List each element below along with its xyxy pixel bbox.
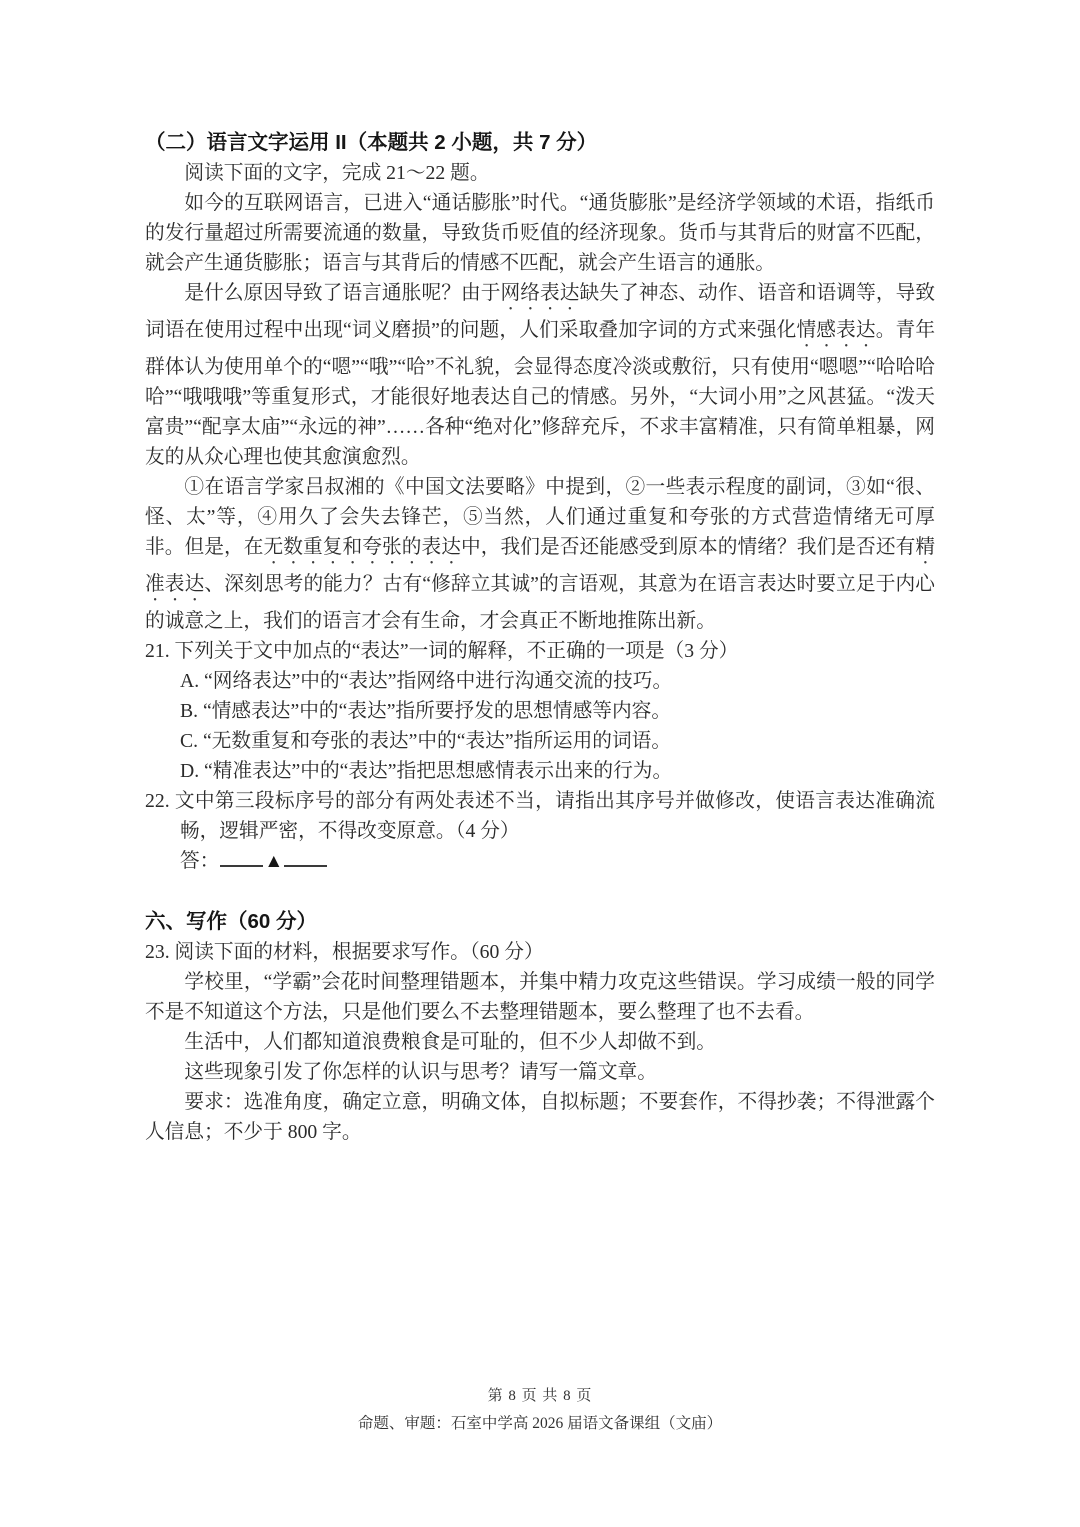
page-footer: 第 8 页 共 8 页 命题、审题：石室中学高 2026 届语文备课组（文庙）	[0, 1382, 1080, 1438]
question-21-stem: 21. 下列关于文中加点的“表达”一词的解释，不正确的一项是（3 分）	[145, 636, 935, 666]
passage-paragraph-1: 如今的互联网语言，已进入“通话膨胀”时代。“通货膨胀”是经济学领域的术语，指纸币…	[145, 188, 935, 278]
essay-material-2: 生活中，人们都知道浪费粮食是可耻的，但不少人却做不到。	[145, 1027, 935, 1057]
text-segment: 中，我们是否还能感受到原本的情绪？我们是否还有	[461, 536, 915, 558]
question-21-option-a: A. “网络表达”中的“表达”指网络中进行沟通交流的技巧。	[145, 666, 935, 696]
answer-label: 答：	[180, 850, 219, 872]
text-segment: 、深刻思考的能力？古有“修辞立其诚”的言语观，其意为在语言表达时要立足于内心的诚…	[145, 573, 935, 632]
essay-material-3: 这些现象引发了你怎样的认识与思考？请写一篇文章。	[145, 1057, 935, 1087]
exam-content: （二）语言文字运用 II（本题共 2 小题，共 7 分） 阅读下面的文字，完成 …	[145, 128, 935, 1147]
passage-paragraph-2: 是什么原因导致了语言通胀呢？由于网络表达缺失了神态、动作、语音和语调等，导致词语…	[145, 278, 935, 472]
question-21-option-b: B. “情感表达”中的“表达”指所要抒发的思想情感等内容。	[145, 696, 935, 726]
page-number: 第 8 页 共 8 页	[0, 1382, 1080, 1410]
answer-triangle-mark: ▲	[264, 851, 283, 872]
emphasized-phrase: 网络表达	[500, 282, 579, 304]
question-22-stem: 22. 文中第三段标序号的部分有两处表述不当，请指出其序号并做修改，使语言表达准…	[145, 786, 935, 846]
question-23-stem: 23. 阅读下面的材料，根据要求写作。（60 分）	[145, 937, 935, 967]
text-segment: 如今的互联网语言，已进入“通话膨胀”时代。“通货膨胀”是经济学领域的术语，指纸币…	[145, 192, 935, 274]
reading-instruction: 阅读下面的文字，完成 21～22 题。	[145, 158, 935, 188]
answer-blank-right	[284, 865, 327, 867]
emphasized-phrase: 情感表达	[796, 319, 875, 341]
text-segment: 。青年群体认为使用单个的“嗯”“哦”“哈”不礼貌，会显得态度冷淡或敷衍，只有使用…	[145, 319, 935, 468]
question-22-answer-line: 答：▲	[145, 846, 935, 877]
section2-heading: （二）语言文字运用 II（本题共 2 小题，共 7 分）	[145, 128, 935, 158]
footer-credit: 命题、审题：石室中学高 2026 届语文备课组（文庙）	[0, 1410, 1080, 1438]
passage-paragraph-3: ①在语言学家吕叔湘的《中国文法要略》中提到，②一些表示程度的副词，③如“很、怪、…	[145, 472, 935, 636]
essay-material-1: 学校里，“学霸”会花时间整理错题本，并集中精力攻克这些错误。学习成绩一般的同学不…	[145, 967, 935, 1027]
question-21-option-c: C. “无数重复和夸张的表达”中的“表达”指所运用的词语。	[145, 726, 935, 756]
question-21-option-d: D. “精准表达”中的“表达”指把思想感情表示出来的行为。	[145, 756, 935, 786]
exam-page: （二）语言文字运用 II（本题共 2 小题，共 7 分） 阅读下面的文字，完成 …	[0, 0, 1080, 1527]
emphasized-phrase: 无数重复和夸张的表达	[264, 536, 462, 558]
essay-requirements: 要求：选准角度，确定立意，明确文体，自拟标题；不要套作，不得抄袭；不得泄露个人信…	[145, 1087, 935, 1147]
section6-heading: 六、写作（60 分）	[145, 907, 935, 937]
text-segment: 是什么原因导致了语言通胀呢？由于	[184, 282, 500, 304]
answer-blank-left	[220, 865, 263, 867]
